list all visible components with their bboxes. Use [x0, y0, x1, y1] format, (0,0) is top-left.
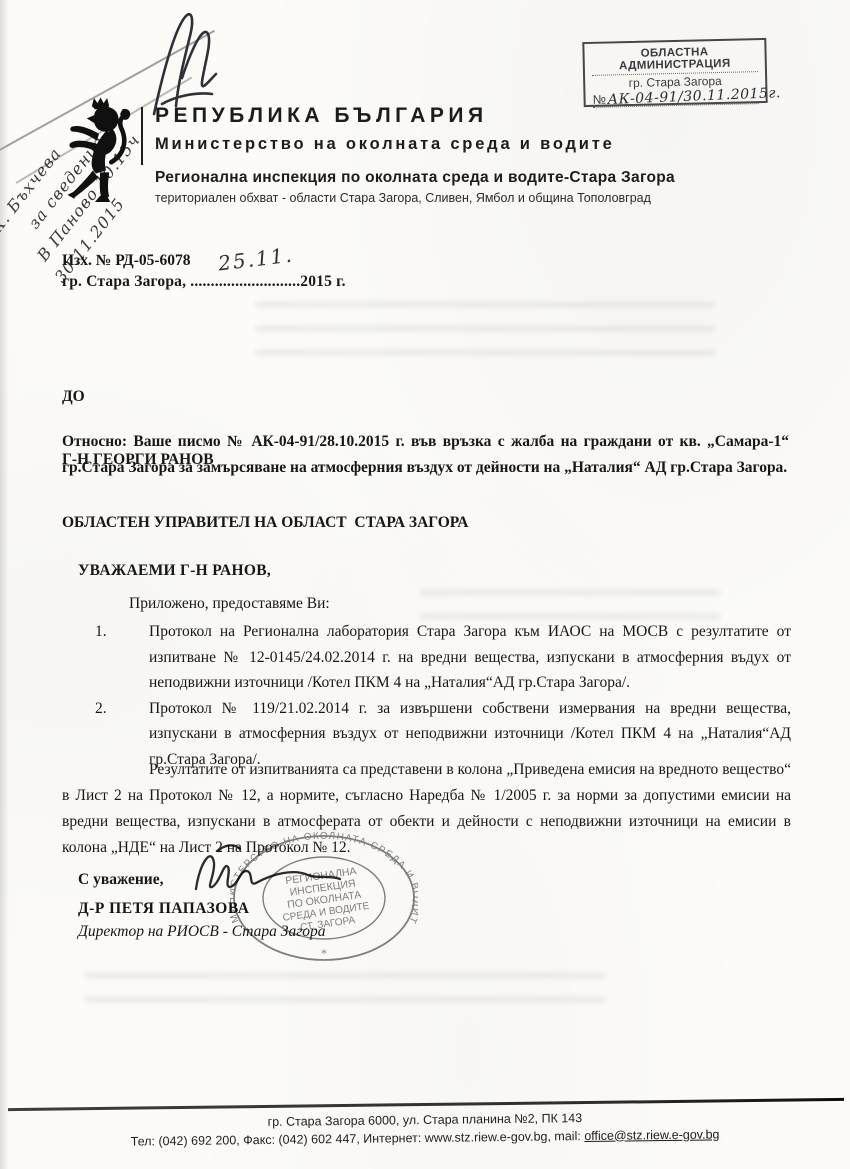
enclosures-list: 1. Протокол на Регионална лаборатория Ст… [62, 619, 791, 772]
outgoing-number: Изх. № РД-05-6078 [62, 252, 191, 270]
letterhead-republic: РЕПУБЛИКА БЪЛГАРИЯ [155, 104, 488, 128]
closing-regards: С уважение, [78, 871, 163, 889]
scanned-letter-page: К. Бъхчева за сведение В Паново 10.15ч 3… [0, 0, 850, 1169]
addressee-title: ОБЛАСТЕН УПРАВИТЕЛ НА ОБЛАСТ СТАРА ЗАГОР… [62, 512, 468, 533]
addressee-to: ДО [62, 386, 468, 407]
footer-contacts-text: Тел: (042) 692 200, Факс: (042) 602 447,… [131, 1129, 585, 1149]
registry-stamp-number-row: № АК-04-91/30.11.2015г. [592, 87, 758, 108]
footer-email-link[interactable]: office@stz.riew.e-gov.bg [584, 1127, 719, 1143]
salutation: УВАЖАЕМИ Г-Н РАНОВ, [78, 562, 271, 580]
stamp-bottom-star: * [321, 946, 327, 960]
registry-date-stamp: ОБЛАСТНА АДМИНИСТРАЦИЯ гр. Стара Загора … [582, 38, 767, 107]
subject-paragraph: Относно: Ваше писмо № АК-04-91/28.10.201… [62, 429, 789, 481]
director-signature [190, 837, 358, 911]
handwritten-date: 25.11. [217, 242, 295, 275]
list-item: 1. Протокол на Регионална лаборатория Ст… [62, 619, 791, 696]
scanner-edge-shadow [0, 0, 9, 1169]
letterhead-divider [141, 107, 143, 165]
letterhead-territory: териториален обхват - области Стара Заго… [155, 191, 651, 205]
city-date-line: гр. Стара Загора, ......................… [62, 273, 346, 291]
bulgarian-lion-emblem [64, 97, 132, 203]
results-paragraph: Резултатите от изпитванията са представе… [62, 757, 791, 861]
list-item-number: 1. [62, 619, 149, 696]
list-item-text: Протокол на Регионална лаборатория Стара… [149, 619, 791, 696]
registry-stamp-administration: ОБЛАСТНА АДМИНИСТРАЦИЯ [591, 45, 758, 76]
footer-block: гр. Стара Загора 6000, ул. Стара планина… [0, 1107, 850, 1152]
letterhead-inspectorate: Регионална инспекция по околната среда и… [155, 169, 675, 187]
bleed-through-artifact [85, 972, 605, 1016]
registry-number-prefix: № [592, 93, 608, 107]
letterhead-ministry: Министерство на околната среда и водите [155, 135, 615, 154]
enclosures-intro: Приложено, предоставяме Ви: [129, 595, 330, 613]
